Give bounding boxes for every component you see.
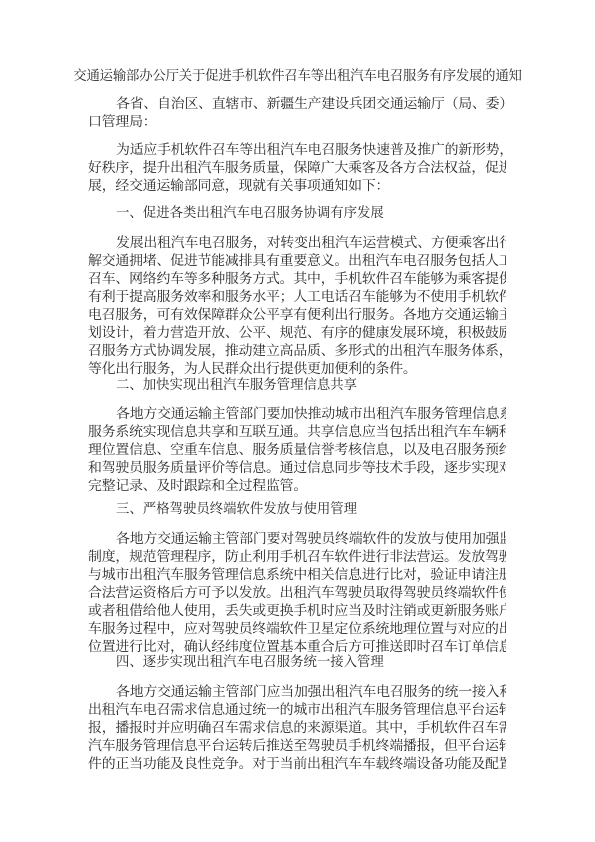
body-line: 件的正当功能及良性竞争。对于当前出租汽车车载终端设备功能及配置条件相对落后、不能 xyxy=(88,756,506,772)
body-line: 解交通拥堵、促进节能减排具有重要意义。出租汽车电召服务包括人工电话召车、手机软件 xyxy=(88,253,506,269)
body-line: 划设计，着力营造开放、公平、规范、有序的健康发展环境，积极鼓励支持各类出租汽车电 xyxy=(88,325,506,341)
body-line: 各地方交通运输主管部门要对驾驶员终端软件的发放与使用加强监督与管理，完善管理 xyxy=(116,531,506,547)
document-title: 交通运输部办公厅关于促进手机软件召车等出租汽车电召服务有序发展的通知 xyxy=(0,69,595,85)
body-line: 和驾驶员服务质量评价等信息。通过信息同步等技术手段，逐步实现对出租汽车电召服务的 xyxy=(88,460,506,476)
intro-line: 好秩序，提升出租汽车服务质量，保障广大乘客及各方合法权益，促进出租汽车行业健康发 xyxy=(88,160,506,176)
body-line: 完整记录、及时跟踪和全过程监管。 xyxy=(88,478,506,494)
section-heading-1: 一、促进各类出租汽车电召服务协调有序发展 xyxy=(116,206,384,222)
body-line: 或者租借给他人使用，丢失或更换手机时应当及时注销或更新服务账户信息。在手机软件召 xyxy=(88,603,506,619)
body-line: 发展出租汽车电召服务，对转变出租汽车运营模式、方便乘客出行、提升服务质量、缓 xyxy=(116,235,506,251)
document-page: 交通运输部办公厅关于促进手机软件召车等出租汽车电召服务有序发展的通知 各省、自治… xyxy=(0,0,595,842)
body-line: 电召服务，可有效保障群众公平享有便利出行服务。各地方交通运输主管部门要加强顶层规 xyxy=(88,307,506,323)
body-line: 召服务方式协调发展，推动建立高品质、多形式的出租汽车服务体系，保障人民群众享有均 xyxy=(88,343,506,359)
intro-line: 为适应手机软件召车等出租汽车电召服务快速普及推广的新形势，维护出租汽车市场良 xyxy=(116,142,506,158)
body-line: 合法营运资格后方可予以发放。出租汽车驾驶员取得驾驶员终端软件使用权限后，不得转让 xyxy=(88,585,506,601)
body-line: 服务系统实现信息共享和互联互通。共享信息应当包括出租汽车车辆和驾驶员基本信息、地 xyxy=(88,424,506,440)
body-line: 车服务过程中，应对驾驶员终端软件卫星定位系统地理位置与对应的出租汽车车载终端地理 xyxy=(88,621,506,637)
body-line: 有利于提高服务效率和服务水平；人工电话召车能够为不使用手机软件召车的乘客提供基本 xyxy=(88,289,506,305)
body-line: 汽车服务管理信息平台运转后推送至驾驶员手机终端播报，但平台运转不得影响手机召车软 xyxy=(88,738,506,754)
section-heading-3: 三、严格驾驶员终端软件发放与使用管理 xyxy=(116,502,357,518)
salutation-line: 各省、自治区、直辖市、新疆生产建设兵团交通运输厅（局、委），天津市交通运输和港 xyxy=(116,96,506,112)
body-line: 理位置信息、空重车信息、服务质量信誉考核信息，以及电召服务预约、派单、应答、服务 xyxy=(88,442,506,458)
section-heading-2: 二、加快实现出租汽车服务管理信息共享 xyxy=(116,378,357,394)
body-line: 各地方交通运输主管部门要加快推动城市出租汽车服务管理信息系统与手机软件召车 xyxy=(116,406,506,422)
body-line: 制度，规范管理程序，防止利用手机召车软件进行非法营运。发放驾驶员终端软件时，应当 xyxy=(88,549,506,565)
body-line: 召车、网络约车等多种服务方式。其中，手机软件召车能够为乘客提供高效便利出行服务， xyxy=(88,271,506,287)
salutation-line: 口管理局： xyxy=(88,114,506,130)
body-line: 出租汽车电召需求信息通过统一的城市出租汽车服务管理信息平台运转、全过程记录和播 xyxy=(88,702,506,718)
body-line: 报，播报时并应明确召车需求信息的来源渠道。其中，手机软件召车需求信息可在城市出租 xyxy=(88,720,506,736)
section-heading-4: 四、逐步实现出租汽车电召服务统一接入管理 xyxy=(116,655,384,671)
body-line: 位置进行比对，确认经纬度位置基本重合后方可推送即时召车订单信息。 xyxy=(88,639,506,655)
body-line: 与城市出租汽车服务管理信息系统中相关信息进行比对，验证申请注册的驾驶员和车辆具备 xyxy=(88,567,506,583)
intro-line: 展，经交通运输部同意，现就有关事项通知如下： xyxy=(88,178,506,194)
body-line: 等化出行服务，为人民群众出行提供更加便利的条件。 xyxy=(88,361,506,377)
body-line: 各地方交通运输主管部门应当加强出租汽车电召服务的统一接入和管理，逐步实现各类 xyxy=(116,684,506,700)
